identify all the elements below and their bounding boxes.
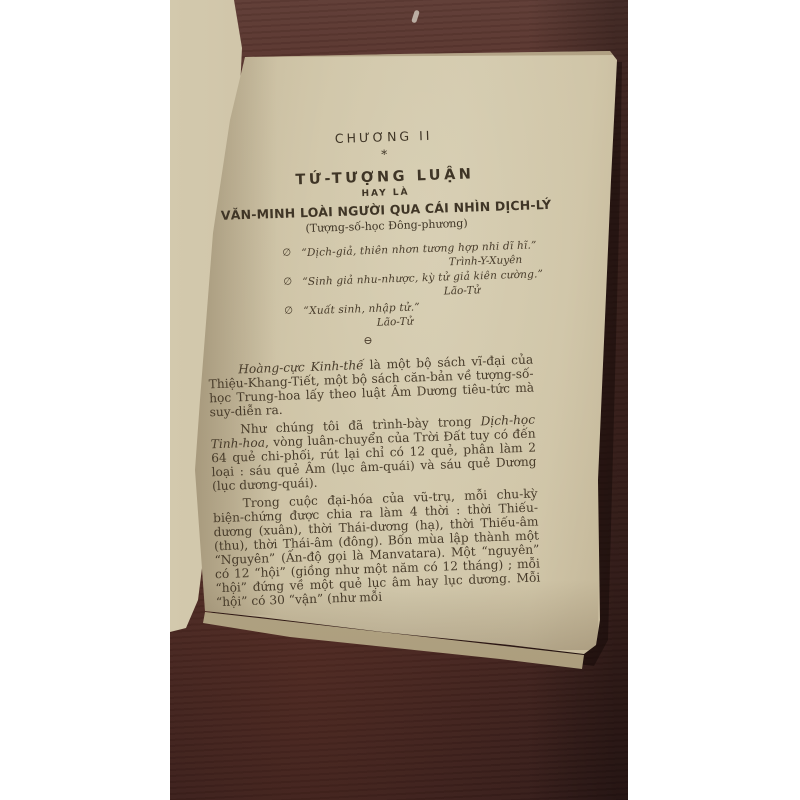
section-divider-icon: ⊖ — [363, 328, 541, 347]
chapter-header: CHƯƠNG II * TỨ-TƯỢNG LUẬN HAY LÀ VĂN-MIN… — [216, 124, 553, 238]
quote-bullet-icon: ∅ — [282, 247, 294, 259]
book-photo: CHƯƠNG II * TỨ-TƯỢNG LUẬN HAY LÀ VĂN-MIN… — [170, 0, 628, 800]
body-text: Hoàng-cực Kinh-thế là một bộ sách vĩ-đại… — [208, 354, 541, 610]
printed-text: CHƯƠNG II * TỨ-TƯỢNG LUẬN HAY LÀ VĂN-MIN… — [200, 124, 550, 609]
quote-text: “Xuất sinh, nhập tử.” — [303, 301, 420, 317]
wood-scratch-mark — [411, 10, 420, 24]
paragraph: Trong cuộc đại-hóa của vũ-trụ, mỗi chu-k… — [213, 488, 542, 610]
quote-author: Trình-Y-Xuyên — [449, 253, 539, 268]
quote-bullet-icon: ∅ — [283, 276, 295, 288]
paragraph-rest: Trong cuộc đại-hóa của vũ-trụ, mỗi chu-k… — [213, 487, 541, 609]
page-top-edge — [240, 50, 618, 57]
paragraph: Như chúng tôi đã trình-bày trong Dịch-họ… — [210, 414, 537, 494]
paragraph: Hoàng-cực Kinh-thế là một bộ sách vĩ-đại… — [208, 354, 535, 420]
book-page: CHƯƠNG II * TỨ-TƯỢNG LUẬN HAY LÀ VĂN-MIN… — [170, 0, 628, 800]
quote-bullet-icon: ∅ — [284, 305, 296, 317]
epigraph-block: ∅ “Dịch-giả, thiên nhơn tương hợp nhi dĩ… — [204, 239, 541, 352]
quote-author: Lão-Tử — [444, 282, 540, 297]
